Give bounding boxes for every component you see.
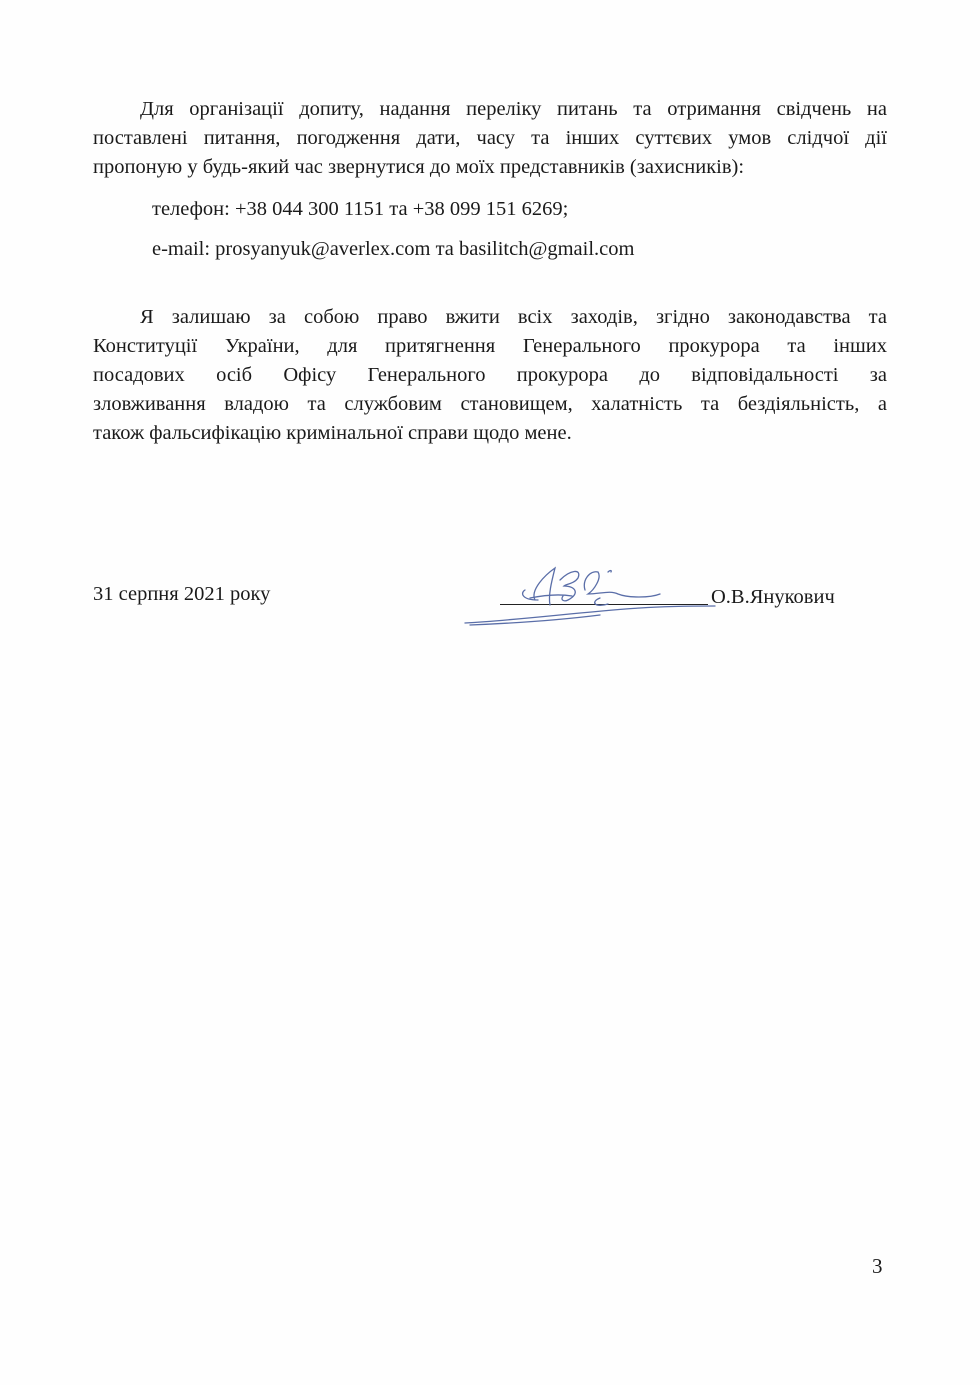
document-date: 31 серпня 2021 року bbox=[93, 580, 270, 609]
phone-contact: телефон: +38 044 300 1151 та +38 099 151… bbox=[152, 195, 568, 224]
paragraph-rights-reservation: Я залишаю за собою право вжити всіх захо… bbox=[93, 303, 887, 448]
text-line: зловживання владою та службовим становищ… bbox=[93, 390, 887, 419]
text-line: пропоную у будь-який час звернутися до м… bbox=[93, 153, 887, 182]
text-line: також фальсифікацію кримінальної справи … bbox=[93, 419, 887, 448]
text-line: Для організації допиту, надання переліку… bbox=[93, 95, 887, 124]
email-contact: e-mail: prosyanyuk@averlex.com та basili… bbox=[152, 235, 634, 264]
text-line: поставлені питання, погодження дати, час… bbox=[93, 124, 887, 153]
document-page: Для організації допиту, надання переліку… bbox=[0, 0, 980, 1385]
text-line: Я залишаю за собою право вжити всіх захо… bbox=[93, 303, 887, 332]
paragraph-interrogation-request: Для організації допиту, надання переліку… bbox=[93, 95, 887, 182]
text-line: посадових осіб Офісу Генерального прокур… bbox=[93, 361, 887, 390]
handwritten-signature bbox=[460, 560, 720, 630]
text-line: Конституції України, для притягнення Ген… bbox=[93, 332, 887, 361]
page-number: 3 bbox=[872, 1254, 883, 1279]
signer-name: О.В.Янукович bbox=[711, 583, 835, 612]
